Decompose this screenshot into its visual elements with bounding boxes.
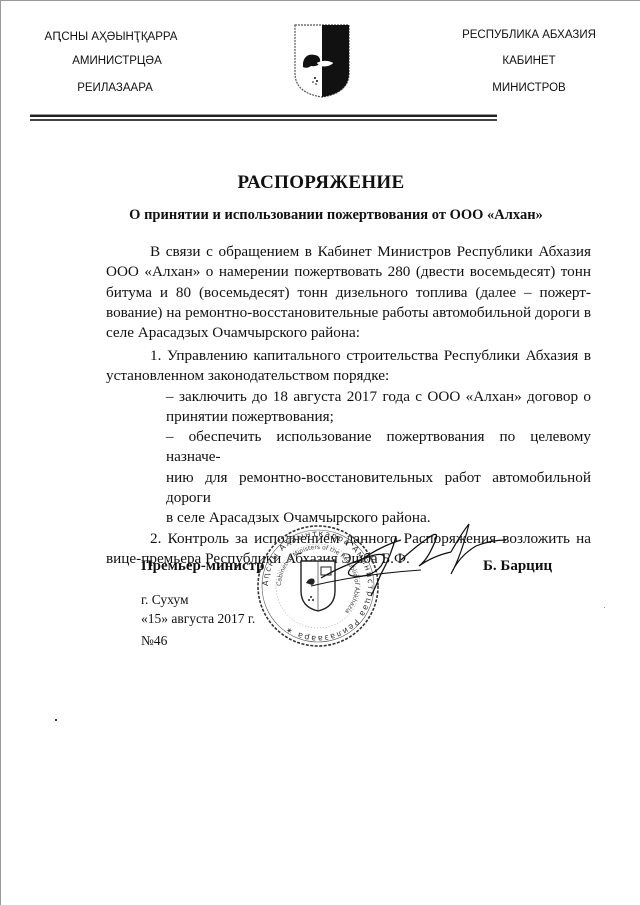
header-abkhaz-line-3: РЕИЛАЗААРА — [35, 82, 195, 94]
issue-date: «15» августа 2017 г. — [141, 611, 255, 627]
signatory-position: Премьер-министр — [141, 558, 265, 575]
preamble-line: селе Арасадзых Очамчырского района: — [106, 323, 591, 343]
preamble-line: В связи с обращением в Кабинет Министров… — [106, 242, 591, 262]
item-1-line: 1. Управлению капитального строительства… — [106, 346, 591, 366]
issue-place: г. Сухум — [141, 592, 189, 608]
subitem-2: – обеспечить использование пожертвования… — [106, 427, 591, 528]
preamble-line: битума и 80 (восемьдесят) тонн дизельног… — [106, 283, 591, 303]
header-divider-bottom — [30, 119, 497, 121]
subitem-2-line: – обеспечить использование пожертвования… — [166, 427, 591, 468]
subitem-1: – заключить до 18 августа 2017 года с ОО… — [106, 387, 591, 428]
header-russian-line-1: РЕСПУБЛИКА АБХАЗИЯ — [449, 29, 609, 41]
preamble-line: вование) на ремонтно-восстановительные р… — [106, 303, 591, 323]
coat-of-arms-icon — [293, 23, 351, 99]
order-items: 1. Управлению капитального строительства… — [106, 346, 591, 569]
document-number: №46 — [141, 633, 167, 649]
header-russian-line-2: КАБИНЕТ — [449, 55, 609, 67]
document-page: АԤСНЫ АҲӘЫНҬҚАРРА АМИНИСТРЦӘА РЕИЛАЗААРА… — [0, 0, 640, 905]
scan-speck — [604, 607, 605, 608]
document-type-title: РАСПОРЯЖЕНИЕ — [1, 172, 640, 194]
item-1-line: установленном законодательством порядке: — [106, 366, 591, 386]
subitem-2-line: в селе Арасадзых Очамчырского района. — [166, 508, 591, 528]
document-subject: О принятии и использовании пожертвования… — [1, 207, 640, 224]
scan-speck — [55, 719, 57, 721]
preamble: В связи с обращением в Кабинет Министров… — [106, 242, 591, 343]
signatory-name: Б. Барциц — [483, 558, 552, 575]
header-abkhaz-line-1: АԤСНЫ АҲӘЫНҬҚАРРА — [31, 29, 191, 43]
header-russian-line-3: МИНИСТРОВ — [449, 82, 609, 94]
header-abkhaz-line-2: АМИНИСТРЦӘА — [37, 55, 197, 67]
header-divider-top — [30, 115, 497, 117]
subitem-2-line: нию для ремонтно-восстановительных работ… — [166, 468, 591, 509]
subitem-1-line: – заключить до 18 августа 2017 года с ОО… — [166, 387, 591, 407]
subitem-1-line: принятии пожертвования; — [166, 407, 591, 427]
preamble-line: ООО «Алхан» о намерении пожертвовать 280… — [106, 262, 591, 282]
item-2-line: 2. Контроль за исполнением данного Распо… — [106, 529, 591, 549]
